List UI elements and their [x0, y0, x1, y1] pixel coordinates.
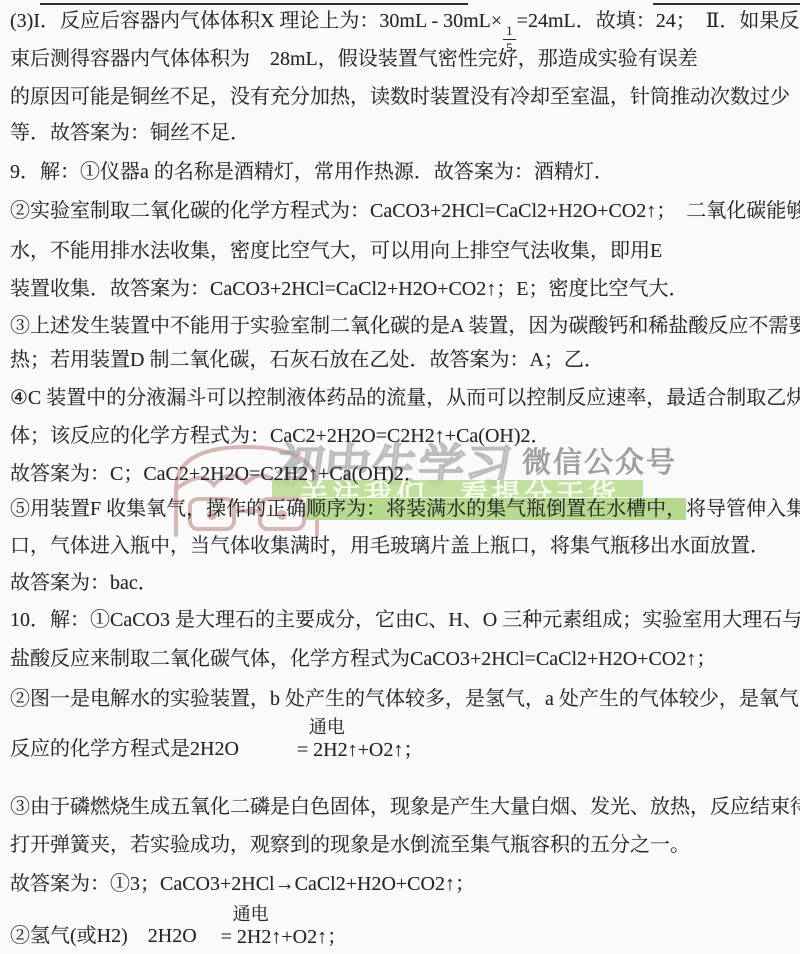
document-line-14: ⑤用装置F 收集氧气，操作的正确顺序为：将装满水的集气瓶倒置在水槽中，将导管伸入… [10, 496, 800, 522]
reaction-condition-stack: 通电= 2H2↑+O2↑； [221, 905, 347, 949]
line1-pre: (3)I．反应后容器内气体体积X 理论上为：30mL - 30mL× [10, 10, 502, 32]
document-line-12: 体；该反应的化学方程式为：CaC2+2H2O=C2H2↑+Ca(OH)2． [10, 423, 800, 449]
equation-rhs: = 2H2↑+O2↑； [297, 738, 423, 762]
document-page: 初中生学习 微信公众号 关注我们，看提分干货 (3)I．反应后容器内气体体积X … [0, 0, 800, 954]
document-line-3: 的原因可能是铜丝不足，没有充分加热，读数时装置没有冷却至室温，针筒推动次数过少 [10, 84, 800, 110]
document-line-10: 热；若用装置D 制二氧化碳，石灰石放在乙处．故答案为：A；乙． [10, 347, 800, 373]
document-line-21: ③由于磷燃烧生成五氧化二磷是白色固体，现象是产生大量白烟、发光、放热，反应结束待… [10, 794, 800, 820]
document-line-9: ③上述发生装置中不能用于实验室制二氧化碳的是A 装置，因为碳酸钙和稀盐酸反应不需… [10, 313, 800, 339]
document-line-23: 故答案为：①3；CaCO3+2HCl→CaCl2+H2O+CO2↑； [10, 871, 800, 897]
document-line-24: ②氢气(或H2) 2H2O通电= 2H2↑+O2↑； [10, 905, 800, 949]
document-line-22: 打开弹簧夹，若实验成功，观察到的现象是水倒流至集气瓶容积的五分之一。 [10, 832, 800, 858]
document-line-19: ②图一是电解水的实验装置，b 处产生的气体较多，是氢气，a 处产生的气体较少，是… [10, 686, 800, 712]
document-line-16: 故答案为：bac． [10, 570, 800, 596]
document-line-7: 水，不能用排水法收集，密度比空气大，可以用向上排空气法收集，即用E [10, 238, 800, 264]
line14-pre: ⑤用装置F 收集氧气，操作的正确 [10, 498, 306, 520]
reaction-condition: 通电 [221, 905, 269, 923]
line14-post: 将导管伸入集气 瓶 [686, 498, 800, 520]
overline-artifact-left [40, 3, 468, 5]
equation-rhs: = 2H2↑+O2↑； [221, 925, 347, 949]
fraction-numerator: 1 [503, 24, 516, 40]
overline-artifact-right [653, 3, 800, 5]
document-line-5: 9．解：①仪器a 的名称是酒精灯，常用作热源．故答案为：酒精灯． [10, 159, 800, 185]
equation-lhs: ②氢气(或H2) 2H2O [10, 923, 197, 949]
document-line-18: 盐酸反应来制取二氧化碳气体，化学方程式为CaCO3+2HCl=CaCl2+H2O… [10, 646, 800, 672]
highlighted-text: 顺序为：将装满水的集气瓶倒置在水槽中， [306, 498, 686, 520]
reaction-condition-stack: 通电= 2H2↑+O2↑； [297, 718, 423, 762]
document-line-17: 10．解：①CaCO3 是大理石的主要成分，它由C、H、O 三种元素组成；实验室… [10, 607, 800, 633]
document-line-15: 口，气体进入瓶中，当气体收集满时，用毛玻璃片盖上瓶口，将集气瓶移出水面放置． [10, 533, 800, 559]
document-line-13: 故答案为：C；CaC2+2H2O=C2H2↑+Ca(OH)2． [10, 461, 800, 487]
line1-post: =24mL．故填：24； Ⅱ．如果反应结 [517, 10, 800, 32]
equation-lhs: 反应的化学方程式是2H2O [10, 736, 239, 762]
reaction-condition: 通电 [297, 718, 345, 736]
document-line-20: 反应的化学方程式是2H2O通电= 2H2↑+O2↑； [10, 718, 800, 762]
document-line-6: ②实验室制取二氧化碳的化学方程式为：CaCO3+2HCl=CaCl2+H2O+C… [10, 198, 800, 224]
document-line-8: 装置收集．故答案为：CaCO3+2HCl=CaCl2+H2O+CO2↑；E；密度… [10, 276, 800, 302]
document-line-2: 束后测得容器内气体体积为 28mL，假设装置气密性完好，那造成实验有误差 [10, 46, 800, 72]
document-line-11: ④C 装置中的分液漏斗可以控制液体药品的流量，从而可以控制反应速率，最适合制取乙… [10, 385, 800, 411]
document-line-4: 等．故答案为：铜丝不足． [10, 120, 800, 146]
